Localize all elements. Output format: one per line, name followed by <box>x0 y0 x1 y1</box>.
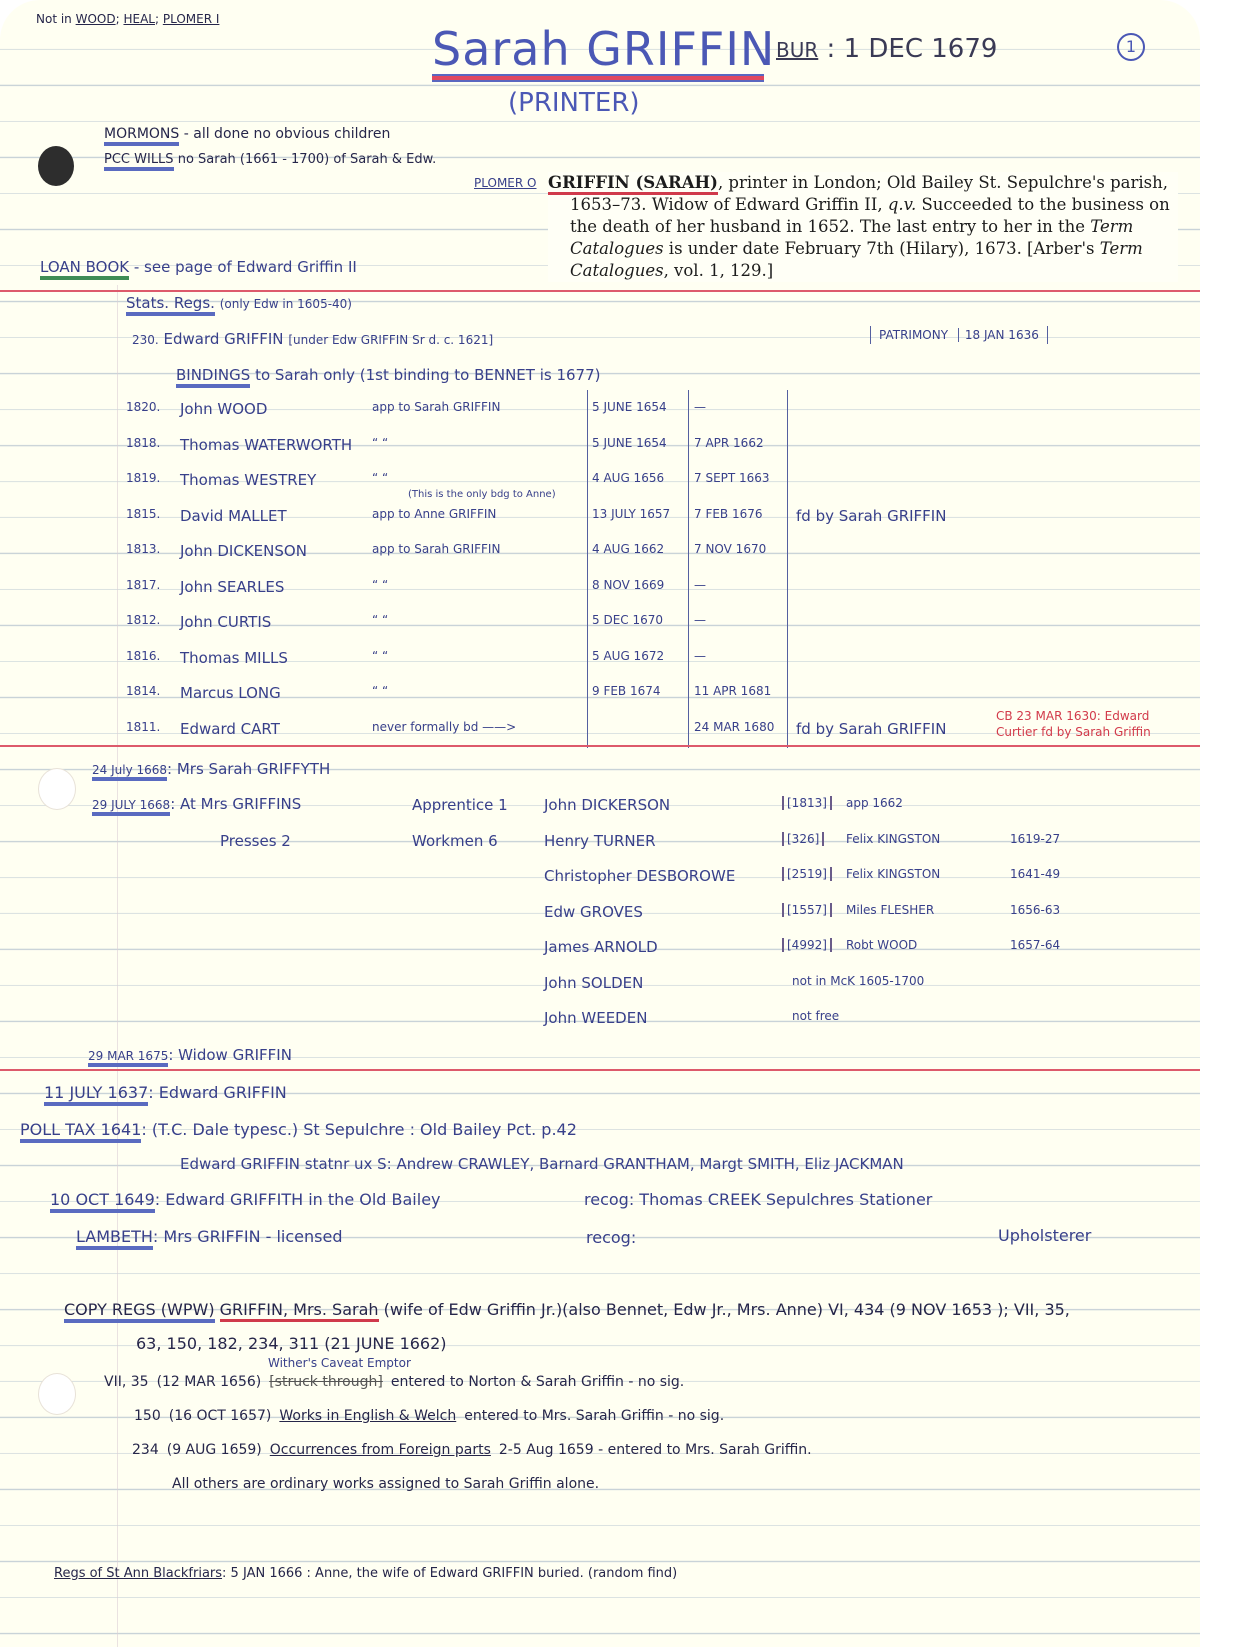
worker-master: app 1662 <box>846 796 903 810</box>
burial-info: BUR : 1 DEC 1679 <box>776 34 997 64</box>
margin-line <box>117 285 118 1647</box>
bindings-heading: BINDINGS to Sarah only (1st binding to B… <box>176 366 601 384</box>
worker-ref: [1813] <box>782 796 832 810</box>
record-text: (T.C. Dale typesc.) St Sepulchre : Old B… <box>152 1120 577 1139</box>
worker-name: James ARNOLD <box>544 938 658 956</box>
workmen-count: Workmen 6 <box>412 832 498 850</box>
copy-entry-date: (16 OCT 1657) <box>169 1408 272 1424</box>
worker-name: John SOLDEN <box>544 974 643 992</box>
stats-regs-entry: 230. Edward GRIFFIN [under Edw GRIFFIN S… <box>132 330 493 348</box>
worker-name: John WEEDEN <box>544 1009 647 1027</box>
apprentice-number: 1812. <box>126 613 160 627</box>
plomer-label: PLOMER O <box>474 176 536 190</box>
source-heal: HEAL <box>123 12 155 26</box>
apprentice-master: “ “ <box>372 684 388 698</box>
worker-ref: [4992] <box>782 938 832 952</box>
date-freed: 7 NOV 1670 <box>694 542 766 556</box>
worker-master: not free <box>792 1009 839 1023</box>
mormons-note: MORMONS - all done no obvious children <box>104 126 390 142</box>
copy-entry-title: [struck through] <box>269 1374 383 1390</box>
page-subtitle: (PRINTER) <box>508 88 640 118</box>
apprentice-name: Thomas WESTREY <box>180 471 316 489</box>
copy-entry-above-title: Wither's Caveat Emptor <box>268 1356 411 1370</box>
date-bound: 13 JULY 1657 <box>592 507 670 521</box>
date-bound: 4 AUG 1662 <box>592 542 664 556</box>
section-divider <box>0 290 1200 292</box>
stats-regs-note: (only Edw in 1605-40) <box>220 297 352 311</box>
survey-text: At Mrs GRIFFINS <box>180 795 301 813</box>
date-bound: 5 DEC 1670 <box>592 613 663 627</box>
worker-name: John DICKERSON <box>544 796 670 814</box>
copy-entry-date: (9 AUG 1659) <box>167 1442 262 1458</box>
plomer-entry: GRIFFIN (SARAH), printer in London; Old … <box>548 172 1178 282</box>
page-number: 1 <box>1117 33 1145 61</box>
copy-regs-summary: All others are ordinary works assigned t… <box>172 1476 599 1492</box>
record-1637: 11 JULY 1637: Edward GRIFFIN <box>44 1083 287 1102</box>
apprentice-count: Apprentice 1 <box>412 796 508 814</box>
red-annotation: CB 23 MAR 1630: Edward Curtier fd by Sar… <box>996 708 1151 740</box>
apprentice-master: “ “ <box>372 578 388 592</box>
copy-entry-ref: VII, 35 <box>104 1374 149 1390</box>
stats-regs-label: Stats. Regs. <box>126 294 215 316</box>
copy-entry-text: entered to Norton & Sarah Griffin - no s… <box>391 1374 684 1390</box>
worker-years: 1619-27 <box>1010 832 1060 846</box>
apprentice-master: “ “ <box>372 436 388 450</box>
date-freed: 11 APR 1681 <box>694 684 771 698</box>
apprentice-name: David MALLET <box>180 507 287 525</box>
copy-entry: VII, 35(12 MAR 1656)[struck through]ente… <box>104 1374 692 1390</box>
footer-note: Regs of St Ann Blackfriars: 5 JAN 1666 :… <box>54 1566 677 1581</box>
date-freed: — <box>694 613 706 627</box>
apprentice-master: never formally bd ——> <box>372 720 516 734</box>
freedom-note: fd by Sarah GRIFFIN <box>796 507 946 525</box>
mormons-label: MORMONS <box>104 126 179 146</box>
survey-line-2: 29 JULY 1668: At Mrs GRIFFINS <box>92 795 301 813</box>
apprentice-number: 1819. <box>126 471 160 485</box>
apprentice-number: 1817. <box>126 578 160 592</box>
source-plomer: PLOMER I <box>163 12 220 26</box>
patrimony-box: PATRIMONY 18 JAN 1636 <box>870 326 1048 344</box>
punch-hole <box>38 146 74 186</box>
punch-hole <box>38 1373 76 1415</box>
copy-regs-name: GRIFFIN, Mrs. Sarah <box>220 1300 379 1322</box>
worker-years: 1657-64 <box>1010 938 1060 952</box>
survey-date: 24 July 1668 <box>92 763 167 781</box>
date-bound: 5 JUNE 1654 <box>592 400 667 414</box>
record-label: 10 OCT 1649 <box>50 1190 155 1213</box>
survey-line-1: 24 July 1668: Mrs Sarah GRIFFYTH <box>92 760 330 778</box>
apprentice-number: 1811. <box>126 720 160 734</box>
copy-regs-line2: 63, 150, 182, 234, 311 (21 JUNE 1662) <box>136 1334 447 1353</box>
worker-master: Miles FLESHER <box>846 903 934 917</box>
loan-book-note: LOAN BOOK - see page of Edward Griffin I… <box>40 258 357 276</box>
plomer-text: , vol. 1, 129.] <box>664 261 774 280</box>
apprentice-number: 1813. <box>126 542 160 556</box>
section-divider <box>0 745 1200 747</box>
apprentice-number: 1818. <box>126 436 160 450</box>
apprentice-master: “ “ <box>372 613 388 627</box>
burial-date: 1 DEC 1679 <box>844 34 998 64</box>
plomer-qv: q.v. <box>888 195 916 214</box>
apprentice-master: app to Sarah GRIFFIN <box>372 542 500 556</box>
worker-ref: [326] <box>782 832 824 846</box>
date-freed: 7 SEPT 1663 <box>694 471 770 485</box>
widow-date: 29 MAR 1675 <box>88 1049 168 1067</box>
pcc-note: PCC WILLS no Sarah (1661 - 1700) of Sara… <box>104 152 436 167</box>
plomer-name: GRIFFIN (SARAH) <box>548 173 718 195</box>
top-note-prefix: Not in <box>36 12 72 26</box>
widow-entry: 29 MAR 1675: Widow GRIFFIN <box>88 1046 292 1064</box>
apprentice-number: 1820. <box>126 400 160 414</box>
apprentice-name: John WOOD <box>180 400 267 418</box>
patrimony-label: PATRIMONY <box>879 328 948 342</box>
burial-label: BUR <box>776 38 818 62</box>
bindings-note: to Sarah only (1st binding to BENNET is … <box>255 366 600 384</box>
date-freed: 24 MAR 1680 <box>694 720 774 734</box>
copy-entry-text: entered to Mrs. Sarah Griffin - no sig. <box>464 1408 724 1424</box>
stats-regs-heading: Stats. Regs. (only Edw in 1605-40) <box>126 294 352 312</box>
pcc-label: PCC WILLS <box>104 152 174 171</box>
worker-ref: [2519] <box>782 867 832 881</box>
apprentice-name: Marcus LONG <box>180 684 281 702</box>
copy-entry-date: (12 MAR 1656) <box>157 1374 262 1390</box>
apprentice-master: app to Sarah GRIFFIN <box>372 400 500 414</box>
worker-master: Felix KINGSTON <box>846 867 940 881</box>
source-wood: WOOD <box>76 12 116 26</box>
lambeth-trade: Upholsterer <box>998 1226 1091 1245</box>
page-title: Sarah GRIFFIN <box>432 22 775 76</box>
copy-regs-line: COPY REGS (WPW) GRIFFIN, Mrs. Sarah (wif… <box>64 1300 1070 1319</box>
record-text: Edward GRIFFITH in the Old Bailey <box>165 1190 440 1209</box>
record-label: 11 JULY 1637 <box>44 1083 148 1106</box>
footer-text: : 5 JAN 1666 : Anne, the wife of Edward … <box>222 1566 677 1581</box>
record-poll-tax: POLL TAX 1641: (T.C. Dale typesc.) St Se… <box>20 1120 577 1139</box>
punch-hole <box>38 768 76 810</box>
date-bound: 8 NOV 1669 <box>592 578 664 592</box>
bindings-label: BINDINGS <box>176 366 250 388</box>
apprentice-name: Thomas WATERWORTH <box>180 436 352 454</box>
record-label: POLL TAX 1641 <box>20 1120 141 1143</box>
survey-date: 29 JULY 1668 <box>92 798 170 816</box>
copy-entry-ref: 234 <box>132 1442 159 1458</box>
record-text: Edward GRIFFIN <box>159 1083 287 1102</box>
entry-name: Edward GRIFFIN <box>164 330 284 348</box>
apprentice-name: John CURTIS <box>180 613 271 631</box>
worker-name: Henry TURNER <box>544 832 656 850</box>
loan-text: - see page of Edward Griffin II <box>134 258 357 276</box>
date-freed: — <box>694 578 706 592</box>
plomer-clipping: GRIFFIN (SARAH), printer in London; Old … <box>548 172 1178 282</box>
record-1649: 10 OCT 1649: Edward GRIFFITH in the Old … <box>50 1190 441 1209</box>
plomer-text: is under date February 7th (Hilary), 167… <box>664 239 1100 258</box>
red-annotation-line: Curtier fd by Sarah Griffin <box>996 724 1151 740</box>
widow-text: Widow GRIFFIN <box>178 1046 292 1064</box>
apprentice-name: Thomas MILLS <box>180 649 288 667</box>
worker-name: Edw GROVES <box>544 903 643 921</box>
table-rule <box>688 390 689 748</box>
worker-years: 1656-63 <box>1010 903 1060 917</box>
index-card: Not in WOOD; HEAL; PLOMER I Sarah GRIFFI… <box>0 0 1200 1647</box>
record-text: Mrs GRIFFIN - licensed <box>163 1227 342 1246</box>
record-lambeth: LAMBETH: Mrs GRIFFIN - licensed <box>76 1227 343 1246</box>
apprentice-name: John DICKENSON <box>180 542 307 560</box>
apprentice-name: John SEARLES <box>180 578 284 596</box>
record-1649-recog: recog: Thomas CREEK Sepulchres Stationer <box>584 1190 932 1209</box>
worker-master: Felix KINGSTON <box>846 832 940 846</box>
apprentice-name: Edward CART <box>180 720 280 738</box>
date-bound: 4 AUG 1656 <box>592 471 664 485</box>
worker-master: not in McK 1605-1700 <box>792 974 924 988</box>
apprentice-number: 1814. <box>126 684 160 698</box>
mormons-text: - all done no obvious children <box>184 126 391 142</box>
entry-note: [under Edw GRIFFIN Sr d. c. 1621] <box>288 333 493 347</box>
survey-text: Mrs Sarah GRIFFYTH <box>177 760 330 778</box>
freedom-note: fd by Sarah GRIFFIN <box>796 720 946 738</box>
apprentice-master: app to Anne GRIFFIN <box>372 507 496 521</box>
table-rule <box>787 390 788 748</box>
copy-entry-text: 2-5 Aug 1659 - entered to Mrs. Sarah Gri… <box>499 1442 812 1458</box>
pcc-text: no Sarah (1661 - 1700) of Sarah & Edw. <box>178 152 437 167</box>
worker-years: 1641-49 <box>1010 867 1060 881</box>
lambeth-recog: recog: <box>586 1228 636 1247</box>
date-freed: 7 FEB 1676 <box>694 507 763 521</box>
copy-entry-title: Occurrences from Foreign parts <box>270 1442 491 1458</box>
date-bound: 5 JUNE 1654 <box>592 436 667 450</box>
patrimony-date: 18 JAN 1636 <box>958 328 1039 342</box>
worker-master: Robt WOOD <box>846 938 917 952</box>
date-freed: — <box>694 649 706 663</box>
date-freed: 7 APR 1662 <box>694 436 764 450</box>
apprentice-master: “ “ <box>372 471 388 485</box>
section-divider <box>0 1069 1200 1071</box>
worker-ref: [1557] <box>782 903 832 917</box>
entry-number: 230. <box>132 333 159 347</box>
worker-name: Christopher DESBOROWE <box>544 867 735 885</box>
red-annotation-line: CB 23 MAR 1630: Edward <box>996 708 1151 724</box>
date-bound: 5 AUG 1672 <box>592 649 664 663</box>
footer-label: Regs of St Ann Blackfriars <box>54 1566 222 1581</box>
date-bound: 9 FEB 1674 <box>592 684 661 698</box>
apprentice-master: “ “ <box>372 649 388 663</box>
date-freed: — <box>694 400 706 414</box>
apprentice-number: 1815. <box>126 507 160 521</box>
loan-label: LOAN BOOK <box>40 258 129 280</box>
record-label: LAMBETH <box>76 1227 153 1250</box>
table-rule <box>587 390 588 748</box>
master-note: (This is the only bdg to Anne) <box>408 489 556 500</box>
record-poll-tax-line2: Edward GRIFFIN statnr ux S: Andrew CRAWL… <box>180 1155 904 1173</box>
copy-regs-label: COPY REGS (WPW) <box>64 1300 215 1323</box>
copy-entry: 234(9 AUG 1659)Occurrences from Foreign … <box>132 1442 820 1458</box>
presses-count: Presses 2 <box>220 832 291 850</box>
apprentice-number: 1816. <box>126 649 160 663</box>
copy-regs-text: (wife of Edw Griffin Jr.)(also Bennet, E… <box>384 1300 1070 1319</box>
copy-entry-ref: 150 <box>134 1408 161 1424</box>
top-note: Not in WOOD; HEAL; PLOMER I <box>36 12 219 26</box>
title-underline <box>432 74 764 82</box>
copy-entry: 150(16 OCT 1657)Works in English & Welch… <box>134 1408 732 1424</box>
copy-entry-title: Works in English & Welch <box>279 1408 456 1424</box>
